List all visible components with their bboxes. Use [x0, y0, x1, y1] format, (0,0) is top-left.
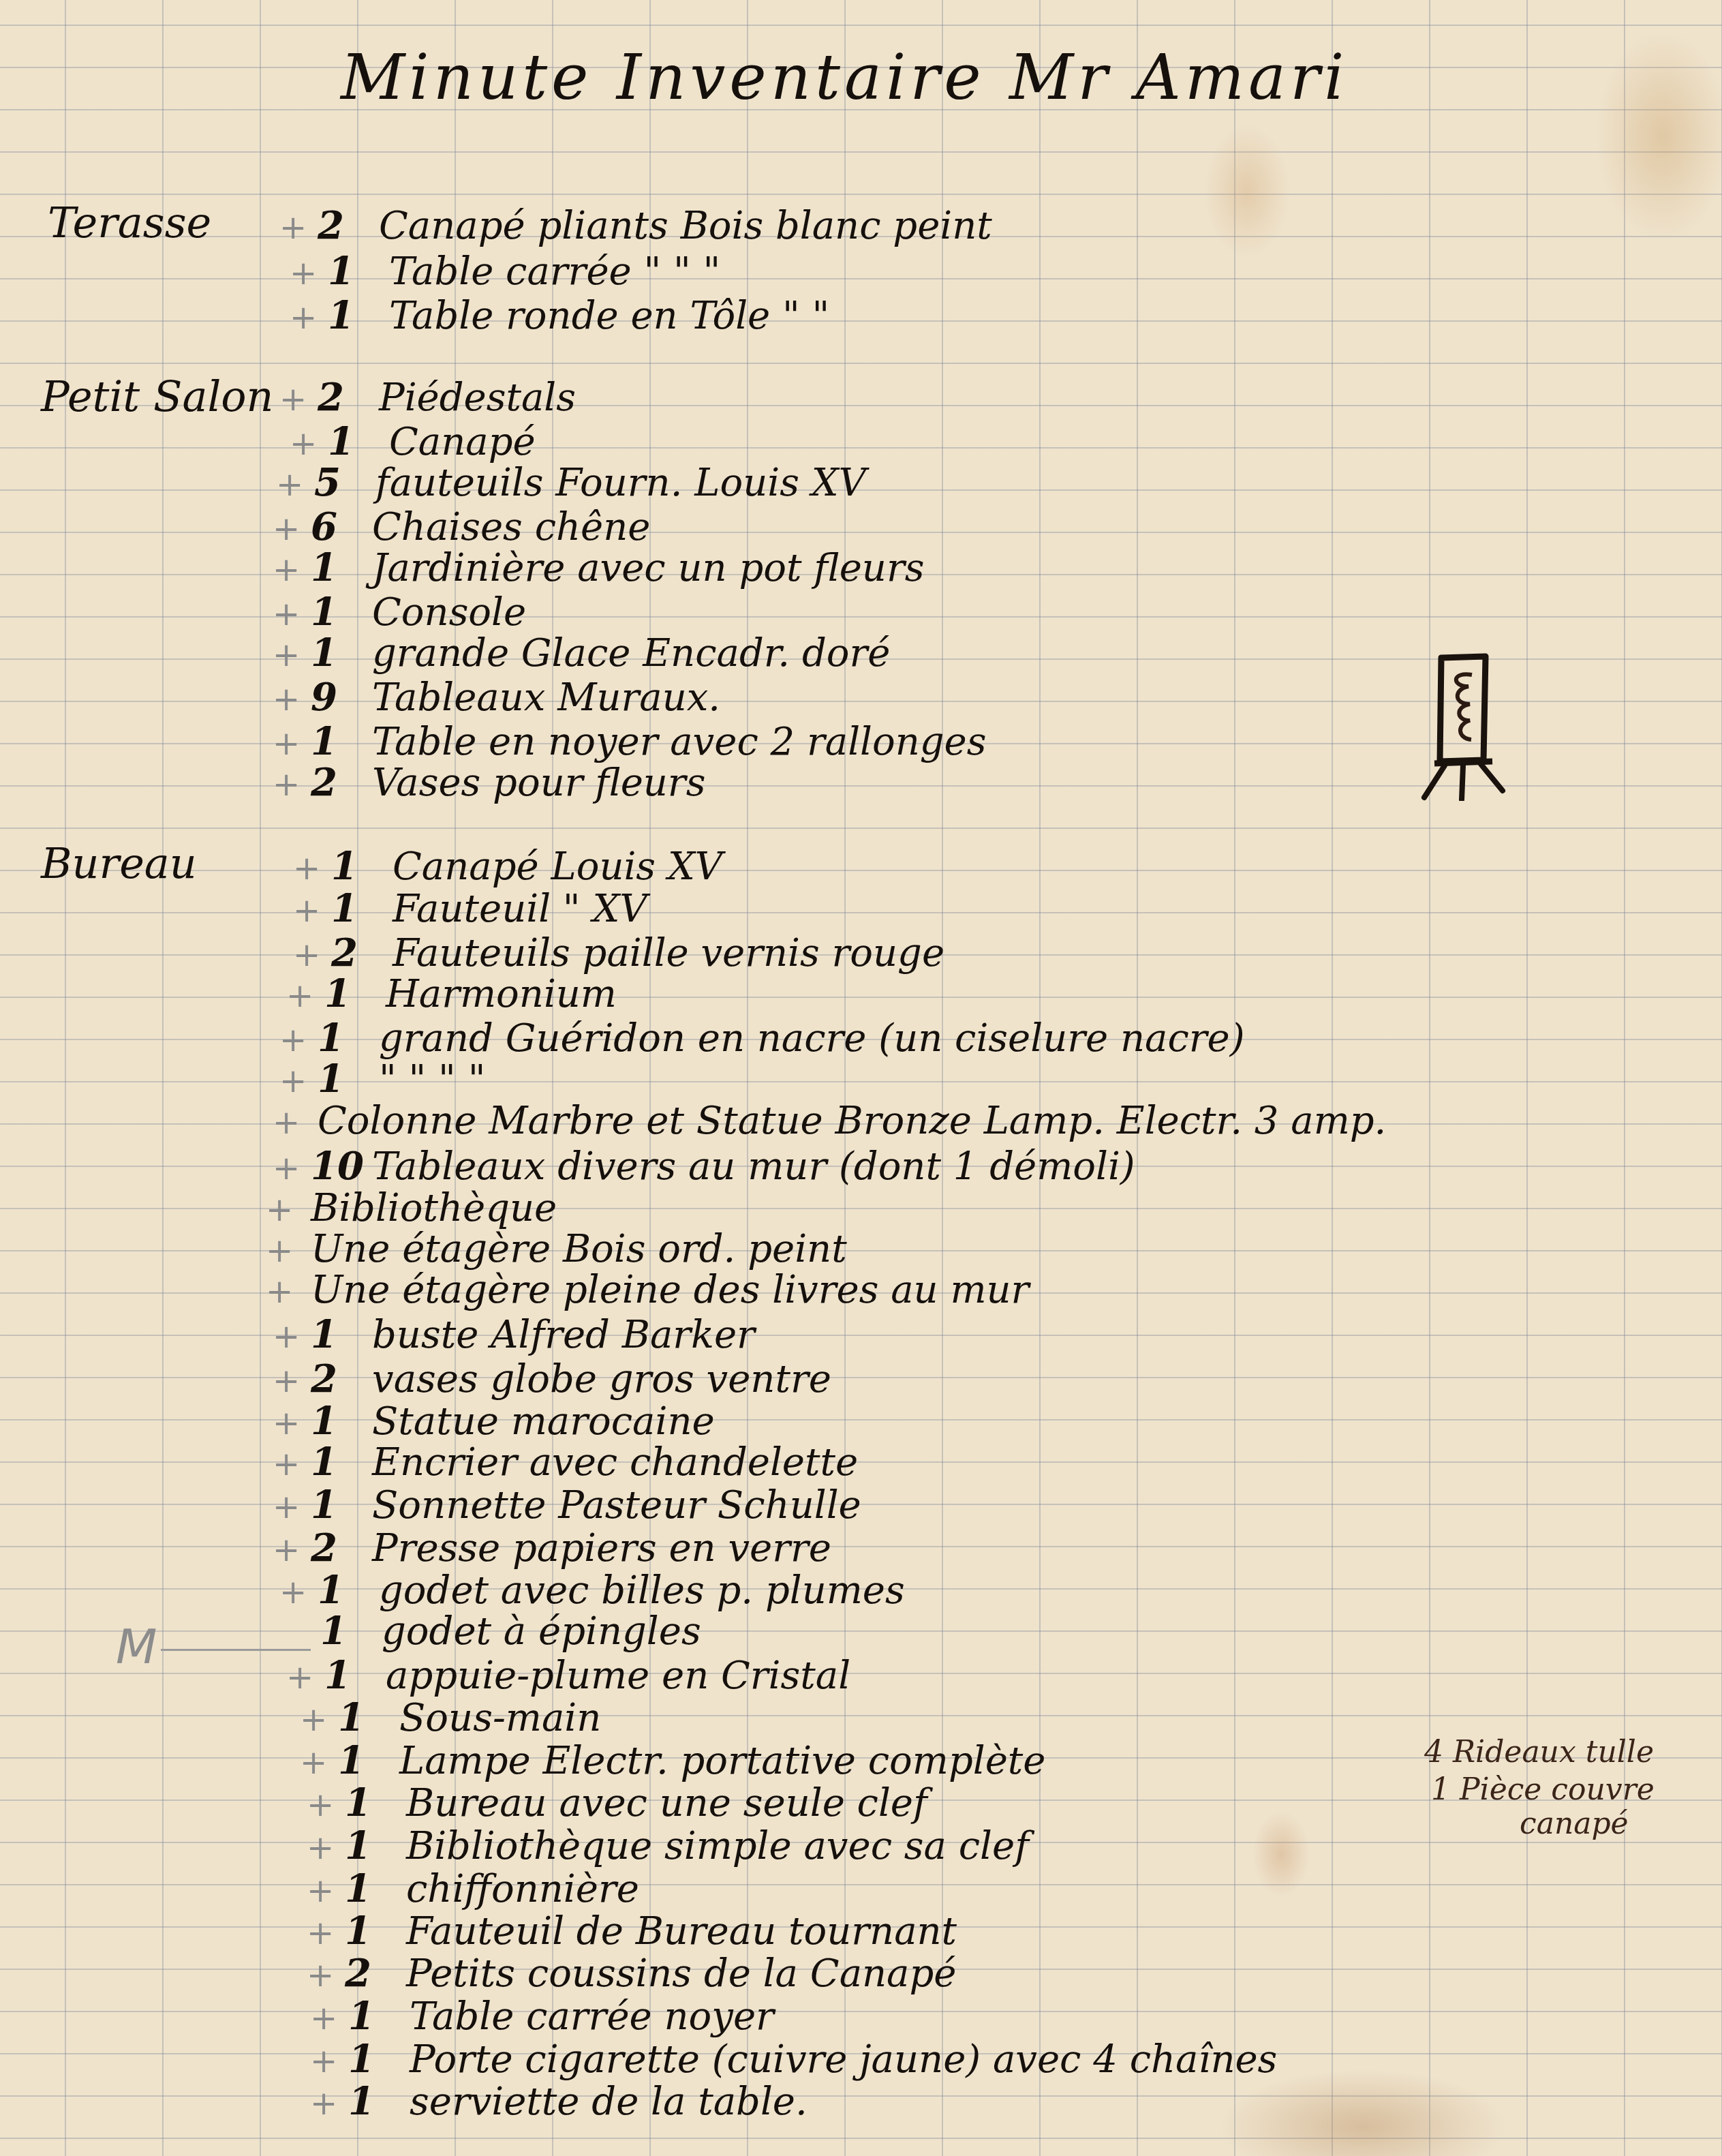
- list-item: + 2 Fauteuils paille vernis rouge: [293, 930, 944, 975]
- item-quantity: 2: [311, 1525, 372, 1570]
- item-quantity: 1: [331, 844, 393, 889]
- list-item: + 1 " " " ": [279, 1057, 485, 1102]
- list-item: + 2 Canapé pliants Bois blanc peint: [279, 203, 992, 248]
- item-quantity: 1: [311, 1399, 372, 1444]
- item-quantity: 1: [348, 2079, 410, 2124]
- list-item: + 1 chiffonnière: [307, 1866, 639, 1911]
- item-quantity: 1: [324, 971, 386, 1016]
- list-item: + 1 Fauteuil " XV: [293, 886, 647, 931]
- item-quantity: 1: [311, 1440, 372, 1485]
- item-description: vases globe gros ventre: [372, 1357, 831, 1401]
- check-mark-icon: +: [310, 2084, 348, 2123]
- list-item: + Une étagère Bois ord. peint: [266, 1227, 847, 1271]
- item-description: Table carrée noyer: [410, 1994, 774, 2039]
- list-item: + 1 Table ronde en Tôle " ": [290, 293, 829, 338]
- item-description: Encrier avec chandelette: [372, 1440, 858, 1485]
- list-item: + 1 Encrier avec chandelette: [273, 1440, 858, 1485]
- check-mark-icon: +: [307, 1829, 345, 1867]
- item-quantity: 1: [345, 1866, 406, 1911]
- list-item: + 1 Canapé Louis XV: [293, 844, 722, 889]
- item-quantity: 1: [311, 1312, 372, 1357]
- list-item: + 1 godet avec billes p. plumes: [279, 1568, 905, 1613]
- check-mark-icon: +: [310, 1999, 348, 2037]
- check-mark-icon: +: [273, 1404, 311, 1442]
- item-description: serviette de la table.: [410, 2080, 808, 2124]
- item-quantity: 1: [338, 1695, 399, 1740]
- pencil-dash: [161, 1649, 311, 1651]
- item-quantity: 1: [311, 545, 372, 590]
- list-item: + 2 Petits coussins de la Canapé: [307, 1951, 956, 1996]
- list-item: + 1 Sous-main: [300, 1695, 601, 1740]
- list-item: + 1 Bibliothèque simple avec sa clef: [307, 1823, 1029, 1868]
- item-quantity: 1: [328, 419, 389, 464]
- check-mark-icon: +: [293, 849, 331, 887]
- check-mark-icon: +: [290, 299, 328, 337]
- check-mark-icon: +: [293, 936, 331, 974]
- item-quantity: 1: [318, 1057, 379, 1102]
- item-quantity: 9: [311, 675, 372, 720]
- side-note-line: canapé: [1520, 1806, 1629, 1841]
- check-mark-icon: +: [273, 551, 311, 589]
- item-description: Porte cigarette (cuivre jaune) avec 4 ch…: [410, 2037, 1277, 2082]
- check-mark-icon: +: [307, 1872, 345, 1910]
- item-quantity: 2: [345, 1951, 406, 1996]
- check-mark-icon: +: [273, 1318, 311, 1356]
- list-item: + 9 Tableaux Muraux.: [273, 675, 720, 720]
- list-item: + 1 buste Alfred Barker: [273, 1312, 755, 1357]
- list-item: + 1 grand Guéridon en nacre (un ciselure…: [279, 1016, 1245, 1061]
- item-description: Bibliothèque: [311, 1186, 557, 1230]
- check-mark-icon: +: [266, 1273, 304, 1311]
- item-quantity: 2: [318, 203, 379, 248]
- check-mark-icon: +: [279, 209, 318, 247]
- item-description: " " " ": [379, 1057, 485, 1102]
- check-mark-icon: +: [273, 1488, 311, 1526]
- margin-pencil-mark: M: [116, 1619, 311, 1675]
- item-description: Sonnette Pasteur Schulle: [372, 1483, 861, 1528]
- item-quantity: 1: [311, 590, 372, 635]
- list-item: + 2 Presse papiers en verre: [273, 1525, 831, 1570]
- item-quantity: 1: [345, 1780, 406, 1825]
- check-mark-icon: +: [293, 892, 331, 930]
- item-description: Canapé pliants Bois blanc peint: [379, 204, 992, 248]
- check-mark-icon: +: [290, 425, 328, 463]
- item-quantity: 1: [318, 1568, 379, 1613]
- item-quantity: 1: [331, 886, 393, 931]
- item-description: Harmonium: [386, 972, 617, 1016]
- item-description: Table carrée " " ": [389, 249, 720, 294]
- check-mark-icon: +: [273, 680, 311, 718]
- item-quantity: 1: [318, 1016, 379, 1061]
- check-mark-icon: +: [273, 636, 311, 674]
- check-mark-icon: +: [307, 1956, 345, 1994]
- list-item: + 1 Bureau avec une seule clef: [307, 1780, 927, 1825]
- check-mark-icon: +: [290, 254, 328, 292]
- check-mark-icon: +: [307, 1914, 345, 1952]
- item-description: Canapé Louis XV: [393, 845, 722, 889]
- list-item: + 6 Chaises chêne: [273, 504, 650, 549]
- item-description: buste Alfred Barker: [372, 1313, 755, 1357]
- item-description: Fauteuil de Bureau tournant: [406, 1909, 957, 1954]
- lamp-column-sketch-icon: [1421, 644, 1509, 801]
- check-mark-icon: +: [300, 1744, 338, 1782]
- side-note-line: 4 Rideaux tulle: [1424, 1735, 1654, 1770]
- item-description: fauteuils Fourn. Louis XV: [375, 461, 866, 505]
- item-description: Tableaux divers au mur (dont 1 démoli): [372, 1144, 1135, 1189]
- list-item: + 1 Porte cigarette (cuivre jaune) avec …: [310, 2037, 1277, 2082]
- section-label-petit-salon: Petit Salon: [41, 371, 274, 421]
- item-quantity: 1: [311, 631, 372, 675]
- check-mark-icon: +: [279, 1021, 318, 1059]
- check-mark-icon: +: [273, 510, 311, 548]
- list-item: + 1 Harmonium: [286, 971, 617, 1016]
- list-item: + Une étagère pleine des livres au mur: [266, 1268, 1029, 1312]
- item-description: Une étagère pleine des livres au mur: [311, 1268, 1029, 1312]
- list-item: + Bibliothèque: [266, 1186, 557, 1230]
- item-quantity: 1: [328, 249, 389, 294]
- list-item: + Colonne Marbre et Statue Bronze Lamp. …: [273, 1099, 1386, 1143]
- item-description: appuie-plume en Cristal: [386, 1654, 850, 1698]
- item-description: Colonne Marbre et Statue Bronze Lamp. El…: [318, 1099, 1386, 1143]
- check-mark-icon: +: [266, 1232, 304, 1270]
- item-quantity: 10: [311, 1144, 372, 1189]
- check-mark-icon: +: [273, 765, 311, 804]
- item-quantity: 1: [328, 293, 389, 338]
- item-description: Bureau avec une seule clef: [406, 1781, 927, 1825]
- section-label-terasse: Terasse: [48, 198, 211, 247]
- list-item: + 2 Vases pour fleurs: [273, 760, 705, 805]
- item-description: Tableaux Muraux.: [372, 675, 720, 720]
- item-quantity: 1: [311, 1483, 372, 1528]
- page-title: Minute Inventaire Mr Amari: [341, 41, 1348, 114]
- item-quantity: 1: [345, 1909, 406, 1954]
- item-description: Une étagère Bois ord. peint: [311, 1227, 847, 1271]
- check-mark-icon: +: [273, 725, 311, 763]
- list-item: + 1 Jardinière avec un pot fleurs: [273, 545, 924, 590]
- item-quantity: 2: [318, 375, 379, 420]
- item-quantity: 1: [311, 719, 372, 764]
- item-description: Petits coussins de la Canapé: [406, 1952, 956, 1996]
- check-mark-icon: +: [279, 1573, 318, 1611]
- list-item: + 2 Piédestals: [279, 375, 576, 420]
- item-quantity: 1: [338, 1738, 399, 1783]
- check-mark-icon: +: [279, 380, 318, 419]
- check-mark-icon: +: [310, 2042, 348, 2080]
- pencil-initial: M: [116, 1619, 157, 1675]
- item-description: Vases pour fleurs: [372, 761, 705, 805]
- item-description: Jardinière avec un pot fleurs: [372, 546, 924, 590]
- list-item: + 5 fauteuils Fourn. Louis XV: [276, 460, 866, 505]
- list-item: + 1 Sonnette Pasteur Schulle: [273, 1483, 861, 1528]
- check-mark-icon: +: [273, 595, 311, 633]
- check-mark-icon: +: [273, 1531, 311, 1569]
- item-description: Presse papiers en verre: [372, 1526, 831, 1570]
- list-item: + 1 Statue marocaine: [273, 1399, 715, 1444]
- list-item: + 1 Fauteuil de Bureau tournant: [307, 1909, 957, 1954]
- item-description: Lampe Electr. portative complète: [399, 1739, 1045, 1783]
- item-description: grand Guéridon en nacre (un ciselure nac…: [379, 1016, 1245, 1061]
- side-note-line: 1 Pièce couvre: [1431, 1772, 1655, 1807]
- item-quantity: 1: [324, 1653, 386, 1698]
- check-mark-icon: +: [266, 1191, 304, 1229]
- list-item: + 1 Table carrée noyer: [310, 1994, 774, 2039]
- check-mark-icon: +: [273, 1445, 311, 1483]
- list-item: 1 godet à épingles: [320, 1609, 701, 1654]
- item-quantity: 6: [311, 504, 372, 549]
- check-mark-icon: +: [273, 1362, 311, 1400]
- check-mark-icon: +: [276, 466, 314, 504]
- list-item: + 1 Table carrée " " ": [290, 249, 720, 294]
- check-mark-icon: +: [279, 1062, 318, 1100]
- item-quantity: 2: [331, 930, 393, 975]
- item-description: Table en noyer avec 2 rallonges: [372, 720, 986, 764]
- section-label-bureau: Bureau: [41, 838, 197, 888]
- list-item: + 1 Lampe Electr. portative complète: [300, 1738, 1045, 1783]
- item-quantity: 1: [348, 1994, 410, 2039]
- list-item: + 1 Table en noyer avec 2 rallonges: [273, 719, 986, 764]
- item-description: Fauteuils paille vernis rouge: [393, 931, 944, 975]
- list-item: + 1 Console: [273, 590, 526, 635]
- item-description: godet avec billes p. plumes: [379, 1568, 905, 1613]
- check-mark-icon: +: [286, 977, 324, 1015]
- check-mark-icon: +: [300, 1701, 338, 1739]
- item-quantity: 5: [314, 460, 375, 505]
- list-item: + 10 Tableaux divers au mur (dont 1 démo…: [273, 1144, 1135, 1189]
- item-description: Sous-main: [399, 1696, 601, 1740]
- item-description: Console: [372, 590, 526, 635]
- list-item: + 1 serviette de la table.: [310, 2079, 808, 2124]
- item-description: Fauteuil " XV: [393, 887, 647, 931]
- list-item: + 1 appuie-plume en Cristal: [286, 1653, 850, 1698]
- item-description: chiffonnière: [406, 1867, 639, 1911]
- item-description: Piédestals: [379, 376, 576, 420]
- item-quantity: 2: [311, 760, 372, 805]
- item-description: godet à épingles: [382, 1609, 701, 1654]
- item-description: Chaises chêne: [372, 505, 650, 549]
- item-description: Canapé: [389, 420, 536, 464]
- item-quantity: 1: [320, 1609, 382, 1654]
- item-description: grande Glace Encadr. doré: [372, 631, 890, 675]
- item-description: Bibliothèque simple avec sa clef: [406, 1824, 1029, 1868]
- check-mark-icon: +: [307, 1786, 345, 1824]
- check-mark-icon: +: [273, 1149, 311, 1187]
- item-description: Statue marocaine: [372, 1399, 715, 1444]
- list-item: + 2 vases globe gros ventre: [273, 1356, 831, 1401]
- check-mark-icon: +: [273, 1104, 311, 1142]
- item-description: Table ronde en Tôle " ": [389, 294, 829, 338]
- item-quantity: 1: [345, 1823, 406, 1868]
- item-quantity: 1: [348, 2037, 410, 2082]
- item-quantity: 2: [311, 1356, 372, 1401]
- list-item: + 1 grande Glace Encadr. doré: [273, 631, 890, 675]
- list-item: + 1 Canapé: [290, 419, 536, 464]
